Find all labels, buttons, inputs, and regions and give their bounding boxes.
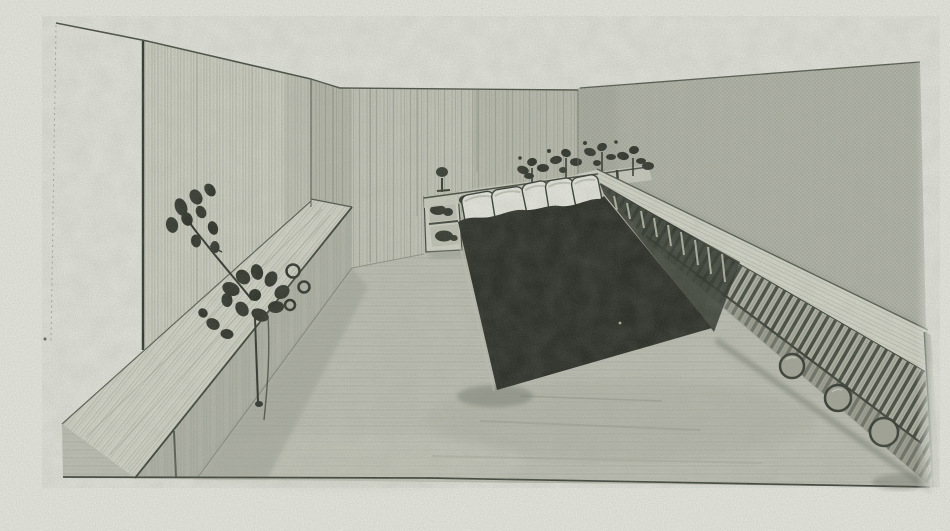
scanned-illustration: Perspective sketch of a narrow bedroom i…	[0, 0, 950, 531]
paper-grain-noise	[0, 0, 950, 531]
bedroom-perspective-sketch: Perspective sketch of a narrow bedroom i…	[0, 0, 950, 531]
